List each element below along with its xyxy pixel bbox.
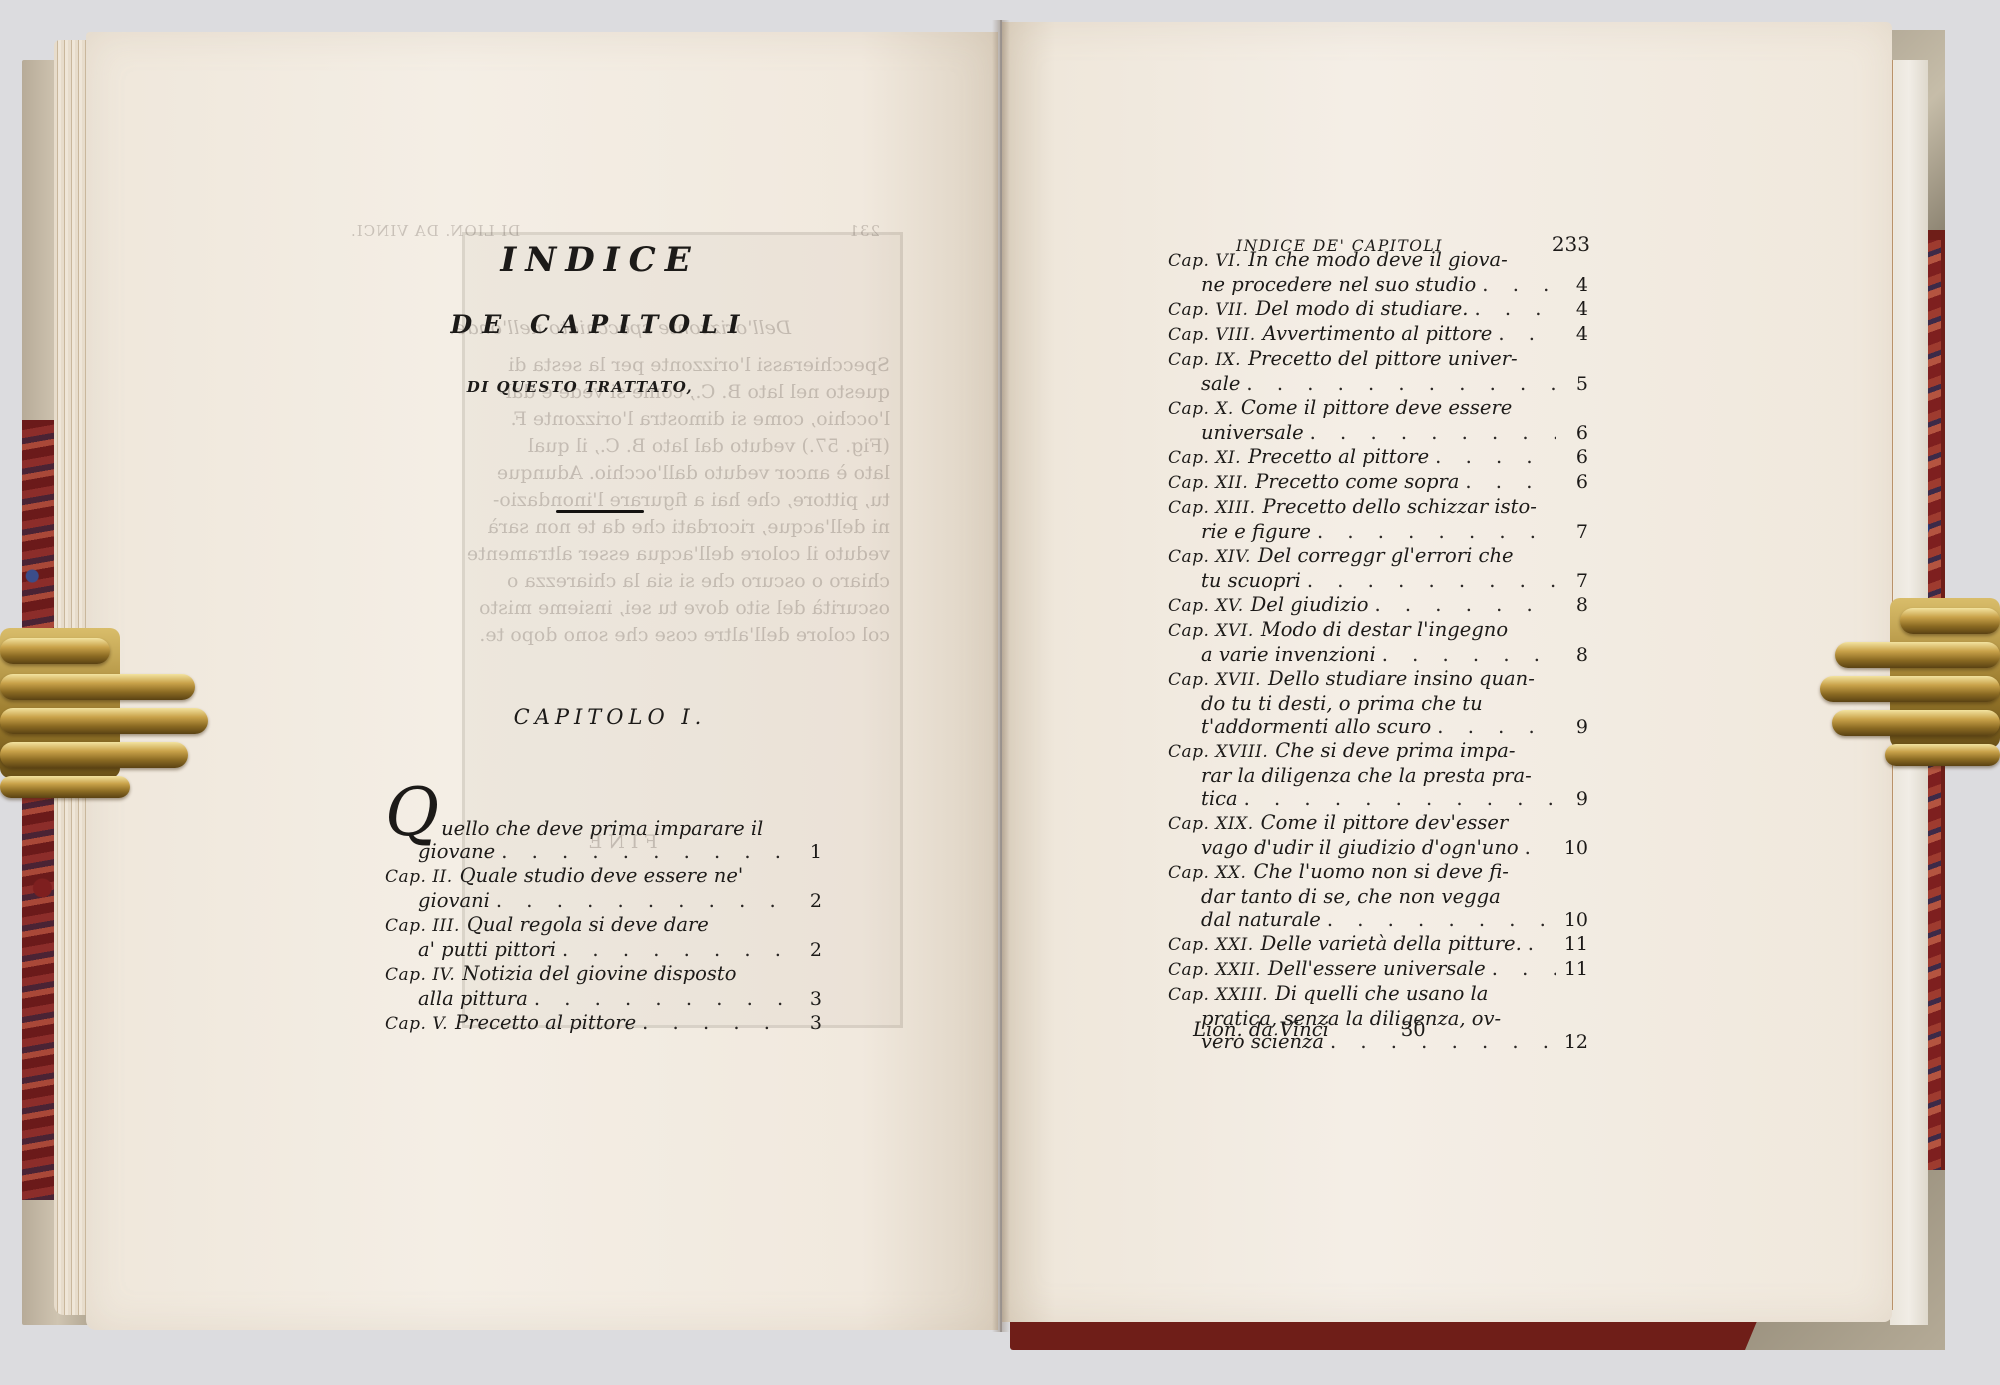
chapter-title-text: Che l'uomo non si deve fi- [1253, 860, 1508, 883]
drop-cap: Q [385, 786, 439, 840]
dot-leader: . . . . . . . . . . . . . . . . . . . . … [1382, 643, 1556, 666]
toc-entry: Cap. VIII.Avvertimento al pittore. . . .… [1168, 322, 1588, 347]
chapter-number: Cap. IX. [1168, 349, 1241, 372]
dot-leader: . . . . . . . . . . . . . . . . . . . . … [1246, 372, 1556, 395]
bleed-line: l'occhio, come si dimostra l'orizzonte F… [360, 406, 890, 433]
chapter-number: Cap. XXIII. [1168, 984, 1268, 1007]
page-ref: 5 [1562, 373, 1588, 396]
dot-leader: . . . . . . . . . . . . . . . . . . . . … [534, 987, 790, 1010]
dot-leader: . . . . . . . . . . . . . . . . . . . . … [1317, 520, 1556, 543]
chapter-number: Cap. XVIII. [1168, 741, 1268, 764]
toc-entry-line: sale. . . . . . . . . . . . . . . . . . … [1168, 372, 1588, 396]
chapter-title-text: Come il pittore deve essere [1241, 396, 1513, 419]
brass-hand-weight-left[interactable] [0, 610, 215, 810]
toc-entry-line: Cap. VII.Del modo di studiare.. . . . . … [1168, 297, 1588, 322]
toc-entry-line: Cap. VIII.Avvertimento al pittore. . . .… [1168, 322, 1588, 347]
chapter-title-text: Precetto dello schizzar isto- [1263, 495, 1537, 518]
toc-entry-line: Cap. XX.Che l'uomo non si deve fi- [1168, 860, 1588, 885]
thumb-icon [0, 638, 110, 664]
book-gutter [992, 20, 1010, 1332]
page-ref: 4 [1562, 298, 1588, 321]
toc-entry-line: Cap. XV.Del giudizio. . . . . . . . . . … [1168, 593, 1588, 618]
toc-entry-line: Cap. IX.Precetto del pittore univer- [1168, 347, 1588, 372]
brass-hand-weight-right[interactable] [1815, 580, 2000, 780]
toc-entry-line: rie e figure. . . . . . . . . . . . . . … [1168, 520, 1588, 544]
toc-entry: Cap. XVI.Modo di destar l'ingegnoa varie… [1168, 618, 1588, 667]
toc-entry-line: Cap. XXI.Delle varietà della pitture.. .… [1168, 932, 1588, 957]
page-ref: 9 [1562, 716, 1588, 739]
page-ref: 8 [1562, 644, 1588, 667]
toc-entry: Cap. III.Qual regola si deve darea' putt… [385, 913, 822, 962]
toc-entry-line: universale. . . . . . . . . . . . . . . … [1168, 421, 1588, 445]
page-ref: 9 [1562, 788, 1588, 811]
chapter-number: Cap. XIII. [1168, 497, 1256, 520]
chapter-number: Cap. XII. [1168, 472, 1248, 495]
chapter-number: Cap. XV. [1168, 595, 1244, 618]
chapter-title-text: a varie invenzioni [1201, 643, 1376, 666]
dot-leader: . . . . . . . . . . . . . . . . . . . . … [1307, 569, 1556, 592]
toc-entry: Cap. XVII.Dello studiare insino quan-do … [1168, 667, 1588, 739]
toc-entry-line: Cap. XVI.Modo di destar l'ingegno [1168, 618, 1588, 643]
dot-leader: . . . . . . . . . . . . . . . . . . . . … [1498, 322, 1556, 345]
bleed-line: veduto il colore dell'acqua esser altram… [360, 541, 890, 568]
chapter-title-text: Dello studiare insino quan- [1268, 667, 1535, 690]
dot-leader: . . . . . . . . . . . . . . . . . . . . … [496, 889, 790, 912]
toc-entry-line: Cap. XII.Precetto come sopra. . . . . . … [1168, 470, 1588, 495]
toc-entry: Cap. XX.Che l'uomo non si deve fi-dar ta… [1168, 860, 1588, 932]
toc-entry-line: a varie invenzioni. . . . . . . . . . . … [1168, 643, 1588, 667]
chapter-number: Cap. XXII. [1168, 959, 1261, 982]
page-ref: 11 [1562, 933, 1588, 956]
toc-entry-line: Cap. XXII.Dell'essere universale. . . . … [1168, 957, 1588, 982]
toc-entry-line: giovani. . . . . . . . . . . . . . . . .… [385, 889, 822, 913]
toc-entry-line: Cap. XIV.Del correggr gl'errori che [1168, 544, 1588, 569]
page-ref: 10 [1562, 837, 1588, 860]
finger-icon [1835, 642, 2000, 668]
toc-entry: Cap. XIX.Come il pittore dev'esservago d… [1168, 811, 1588, 860]
toc-entry-line: dal naturale. . . . . . . . . . . . . . … [1168, 908, 1588, 932]
dot-leader: . . . . . . . . . . . . . . . . . . . . … [1310, 421, 1556, 444]
chapter-title-text: Che si deve prima impa- [1275, 739, 1515, 762]
chapter-number: Cap. XVII. [1168, 669, 1261, 692]
dot-leader: . . . . . . . . . . . . . . . . . . . . … [1244, 787, 1556, 810]
toc-entry-line: Cap. III.Qual regola si deve dare [385, 913, 822, 938]
toc-entry-line: tica. . . . . . . . . . . . . . . . . . … [1168, 787, 1588, 811]
chapter-title-text: alla pittura [418, 987, 528, 1010]
toc-entry: Cap. IX.Precetto del pittore univer-sale… [1168, 347, 1588, 396]
chapter-title-text: Modo di destar l'ingegno [1261, 618, 1508, 641]
chapter-number: Cap. IV. [385, 964, 455, 987]
toc-entry-line: dar tanto di se, che non vegga [1168, 885, 1588, 908]
chapter-title-text: tica [1201, 787, 1238, 810]
index-title: INDICE [470, 240, 730, 280]
chapter-title-text: t'addormenti allo scuro [1201, 715, 1431, 738]
chapter-title-text: Come il pittore dev'esser [1261, 811, 1509, 834]
chapter-number: Cap. XXI. [1168, 934, 1254, 957]
dot-leader: . . . . . . . . . . . . . . . . . . . . … [1474, 297, 1556, 320]
page-ref: 2 [796, 939, 822, 962]
bleed-line: oscurità del sito dove tu sei, insieme m… [360, 595, 890, 622]
toc-entry: Cap. XXI.Delle varietà della pitture.. .… [1168, 932, 1588, 957]
table-of-contents-right: Cap. VI.In che modo deve il giova-ne pro… [1168, 248, 1588, 1054]
dot-leader: . . . . . . . . . . . . . . . . . . . . … [1375, 593, 1556, 616]
toc-entry-line: ne procedere nel suo studio. . . . . . .… [1168, 273, 1588, 297]
page-ref: 11 [1562, 958, 1588, 981]
toc-entry-line: Cap. X.Come il pittore deve essere [1168, 396, 1588, 421]
toc-entry-line: Cap. XXIII.Di quelli che usano la [1168, 982, 1588, 1007]
toc-entry-line: Cap. VI.In che modo deve il giova- [1168, 248, 1588, 273]
chapter-title-text: Precetto come sopra [1255, 470, 1459, 493]
chapter-title-text: rie e figure [1201, 520, 1311, 543]
chapter-title-text: Quale studio deve essere ne' [460, 864, 744, 887]
bleed-folio: 231 [848, 218, 880, 245]
pen-underline-mark [556, 510, 644, 513]
dot-leader: . . . . . . . . . . . . . . . . . . . . … [1525, 836, 1556, 859]
finger-icon [0, 776, 130, 798]
toc-entry: Cap. XV.Del giudizio. . . . . . . . . . … [1168, 593, 1588, 618]
page-ref: 3 [796, 1012, 822, 1035]
finger-icon [1885, 744, 2000, 766]
marbled-paper-left [22, 420, 56, 1200]
chapter-number: Cap. III. [385, 915, 460, 938]
chapter-title-text: Del modo di studiare. [1255, 297, 1468, 320]
page-ref: 6 [1562, 471, 1588, 494]
chapter-number: Cap. X. [1168, 398, 1234, 421]
finger-icon [1820, 676, 2000, 702]
index-subtitle-2: DI QUESTO TRATTATO, [450, 378, 710, 396]
chapter-number: Cap. XIX. [1168, 813, 1254, 836]
dot-leader: . . . . . . . . . . . . . . . . . . . . … [1492, 957, 1556, 980]
toc-entry: Cap. II.Quale studio deve essere ne'giov… [385, 864, 822, 913]
toc-entry: Cap. VII.Del modo di studiare.. . . . . … [1168, 297, 1588, 322]
chapter-title-text: giovani [418, 889, 490, 912]
chapter-number: Cap. VI. [1168, 250, 1241, 273]
bleed-line: ni dell'acque, ricordati che da te non s… [360, 514, 890, 541]
toc-entry-line: alla pittura. . . . . . . . . . . . . . … [385, 987, 822, 1011]
chapter-title-text: Qual regola si deve dare [467, 913, 709, 936]
signature-text: Lion. da Vinci [1193, 1018, 1329, 1041]
chapter-title-text: Del giudizio [1251, 593, 1369, 616]
chapter-title-text: Dell'essere universale [1268, 957, 1486, 980]
index-subtitle: DE CAPITOLI [430, 310, 770, 339]
toc-entry-line: tu scuopri. . . . . . . . . . . . . . . … [1168, 569, 1588, 593]
toc-entry: Cap. XIII.Precetto dello schizzar isto-r… [1168, 495, 1588, 544]
chapter-title-text: dar tanto di se, che non vegga [1201, 885, 1501, 908]
chapter-title-text: do tu ti desti, o prima che tu [1201, 692, 1483, 715]
bleed-line: chiaro o oscuro che si sia la chiarezza … [360, 568, 890, 595]
toc-entry: Cap. X.Come il pittore deve essereuniver… [1168, 396, 1588, 445]
dot-leader: . . . . . . . . . . . . . . . . . . . . … [1437, 715, 1556, 738]
dot-leader: . . . . . . . . . . . . . . . . . . . . … [1327, 908, 1556, 931]
toc-entry-line: vago d'udir il giudizio d'ogn'uno. . . .… [1168, 836, 1588, 860]
toc-entry: Cap. V.Precetto al pittore. . . . . . . … [385, 1011, 822, 1036]
toc-entry-line: Cap. XI.Precetto al pittore. . . . . . .… [1168, 445, 1588, 470]
toc-entry: Quello che deve prima imparare ilgiovane… [385, 778, 822, 864]
chapter-title-text: Delle varietà della pitture. [1261, 932, 1522, 955]
dot-leader: . . . . . . . . . . . . . . . . . . . . … [1435, 445, 1556, 468]
finger-icon [0, 674, 195, 700]
toc-entry-line: Quello che deve prima imparare il [385, 778, 822, 840]
chapter-title-text: a' putti pittori [418, 938, 556, 961]
chapter-title-text: In che modo deve il giova- [1248, 248, 1507, 271]
chapter-number: Cap. XX. [1168, 862, 1246, 885]
chapter-title-text: Precetto al pittore [455, 1011, 636, 1034]
chapter-number: Cap. VIII. [1168, 324, 1256, 347]
page-ref: 4 [1562, 323, 1588, 346]
signature-mark: 30 [1401, 1018, 1426, 1041]
dot-leader: . . . . . . . . . . . . . . . . . . . . … [642, 1011, 790, 1034]
dot-leader: . . . . . . . . . . . . . . . . . . . . … [1528, 932, 1556, 955]
table-of-contents-left: Quello che deve prima imparare ilgiovane… [385, 778, 822, 1036]
toc-entry-line: t'addormenti allo scuro. . . . . . . . .… [1168, 715, 1588, 739]
chapter-title-text: dal naturale [1201, 908, 1321, 931]
toc-entry-line: do tu ti desti, o prima che tu [1168, 692, 1588, 715]
chapter-number: Cap. V. [385, 1013, 448, 1036]
toc-entry-line: Cap. IV.Notizia del giovine disposto [385, 962, 822, 987]
bleed-line: col colore dell'altre cose che sono dopo… [360, 622, 890, 649]
page-ref: 6 [1562, 446, 1588, 469]
chapter-title-text: ne procedere nel suo studio [1201, 273, 1476, 296]
chapter-title-text: vago d'udir il giudizio d'ogn'uno [1201, 836, 1519, 859]
toc-entry-line: rar la diligenza che la presta pra- [1168, 764, 1588, 787]
toc-entry: Cap. XXII.Dell'essere universale. . . . … [1168, 957, 1588, 982]
toc-entry-line: Cap. XVII.Dello studiare insino quan- [1168, 667, 1588, 692]
dot-leader: . . . . . . . . . . . . . . . . . . . . … [1465, 470, 1556, 493]
toc-entry-line: Cap. XIX.Come il pittore dev'esser [1168, 811, 1588, 836]
finger-icon [1832, 710, 2000, 736]
toc-entry-line: Cap. V.Precetto al pittore. . . . . . . … [385, 1011, 822, 1036]
chapter-title-text: Del correggr gl'errori che [1258, 544, 1514, 567]
chapter-number: Cap. II. [385, 866, 453, 889]
chapter-number: Cap. XIV. [1168, 546, 1251, 569]
chapter-number: Cap. XVI. [1168, 620, 1254, 643]
chapter-number: Cap. XI. [1168, 447, 1241, 470]
chapter-heading: CAPITOLO I. [470, 705, 750, 729]
toc-entry-line: Cap. II.Quale studio deve essere ne' [385, 864, 822, 889]
chapter-title-text: sale [1201, 372, 1240, 395]
dot-leader: . . . . . . . . . . . . . . . . . . . . … [1482, 273, 1556, 296]
chapter-title-text: tu scuopri [1201, 569, 1301, 592]
dot-leader: . . . . . . . . . . . . . . . . . . . . … [562, 938, 790, 961]
chapter-title-text: rar la diligenza che la presta pra- [1201, 764, 1532, 787]
page-ref: 6 [1562, 422, 1588, 445]
bleed-line: lato è ancor veduto dall'occhio. Adunque [360, 460, 890, 487]
chapter-title-text: Avvertimento al pittore [1263, 322, 1493, 345]
toc-entry-line: giovane. . . . . . . . . . . . . . . . .… [385, 840, 822, 864]
bleed-paragraph: Specchierassi l'orizzonte per la sesta d… [340, 352, 900, 649]
page-ref: 3 [796, 988, 822, 1011]
chapter-title-text: Di quelli che usano la [1275, 982, 1488, 1005]
toc-entry: Cap. XIV.Del correggr gl'errori chetu sc… [1168, 544, 1588, 593]
chapter-title-text: giovane [418, 840, 495, 863]
page-ref: 1 [796, 841, 822, 864]
chapter-title-text: universale [1201, 421, 1304, 444]
toc-entry-line: Cap. XIII.Precetto dello schizzar isto- [1168, 495, 1588, 520]
bleed-line: Specchierassi l'orizzonte per la sesta d… [360, 352, 890, 379]
page-ref: 4 [1562, 274, 1588, 297]
finger-icon [0, 742, 188, 768]
chapter-title-text: Notizia del giovine disposto [462, 962, 736, 985]
book-photo: 231 DI LION. DA VINCI. Dell'orizzonte sp… [0, 0, 2000, 1385]
page-ref: 10 [1562, 909, 1588, 932]
bleed-line: (Fig. 57.) veduto dal lato B. C., il qua… [360, 433, 890, 460]
signature-line: Lion. da Vinci 30 [1193, 1018, 1573, 1041]
dot-leader: . . . . . . . . . . . . . . . . . . . . … [501, 840, 790, 863]
toc-entry-line: a' putti pittori. . . . . . . . . . . . … [385, 938, 822, 962]
toc-entry: Cap. IV.Notizia del giovine dispostoalla… [385, 962, 822, 1011]
page-ref: 7 [1562, 570, 1588, 593]
toc-entry-line: Cap. XVIII.Che si deve prima impa- [1168, 739, 1588, 764]
chapter-number: Cap. VII. [1168, 299, 1248, 322]
page-ref: 7 [1562, 521, 1588, 544]
toc-entry: Cap. VI.In che modo deve il giova-ne pro… [1168, 248, 1588, 297]
toc-entry: Cap. XI.Precetto al pittore. . . . . . .… [1168, 445, 1588, 470]
chapter-title-text: uello che deve prima imparare il [441, 817, 763, 840]
page-ref: 2 [796, 890, 822, 913]
toc-entry: Cap. XII.Precetto come sopra. . . . . . … [1168, 470, 1588, 495]
page-ref: 8 [1562, 594, 1588, 617]
thumb-icon [1900, 608, 2000, 634]
chapter-title-text: Precetto al pittore [1248, 445, 1429, 468]
toc-entry: Cap. XVIII.Che si deve prima impa-rar la… [1168, 739, 1588, 811]
chapter-title-text: Precetto del pittore univer- [1248, 347, 1518, 370]
finger-icon [0, 708, 208, 734]
